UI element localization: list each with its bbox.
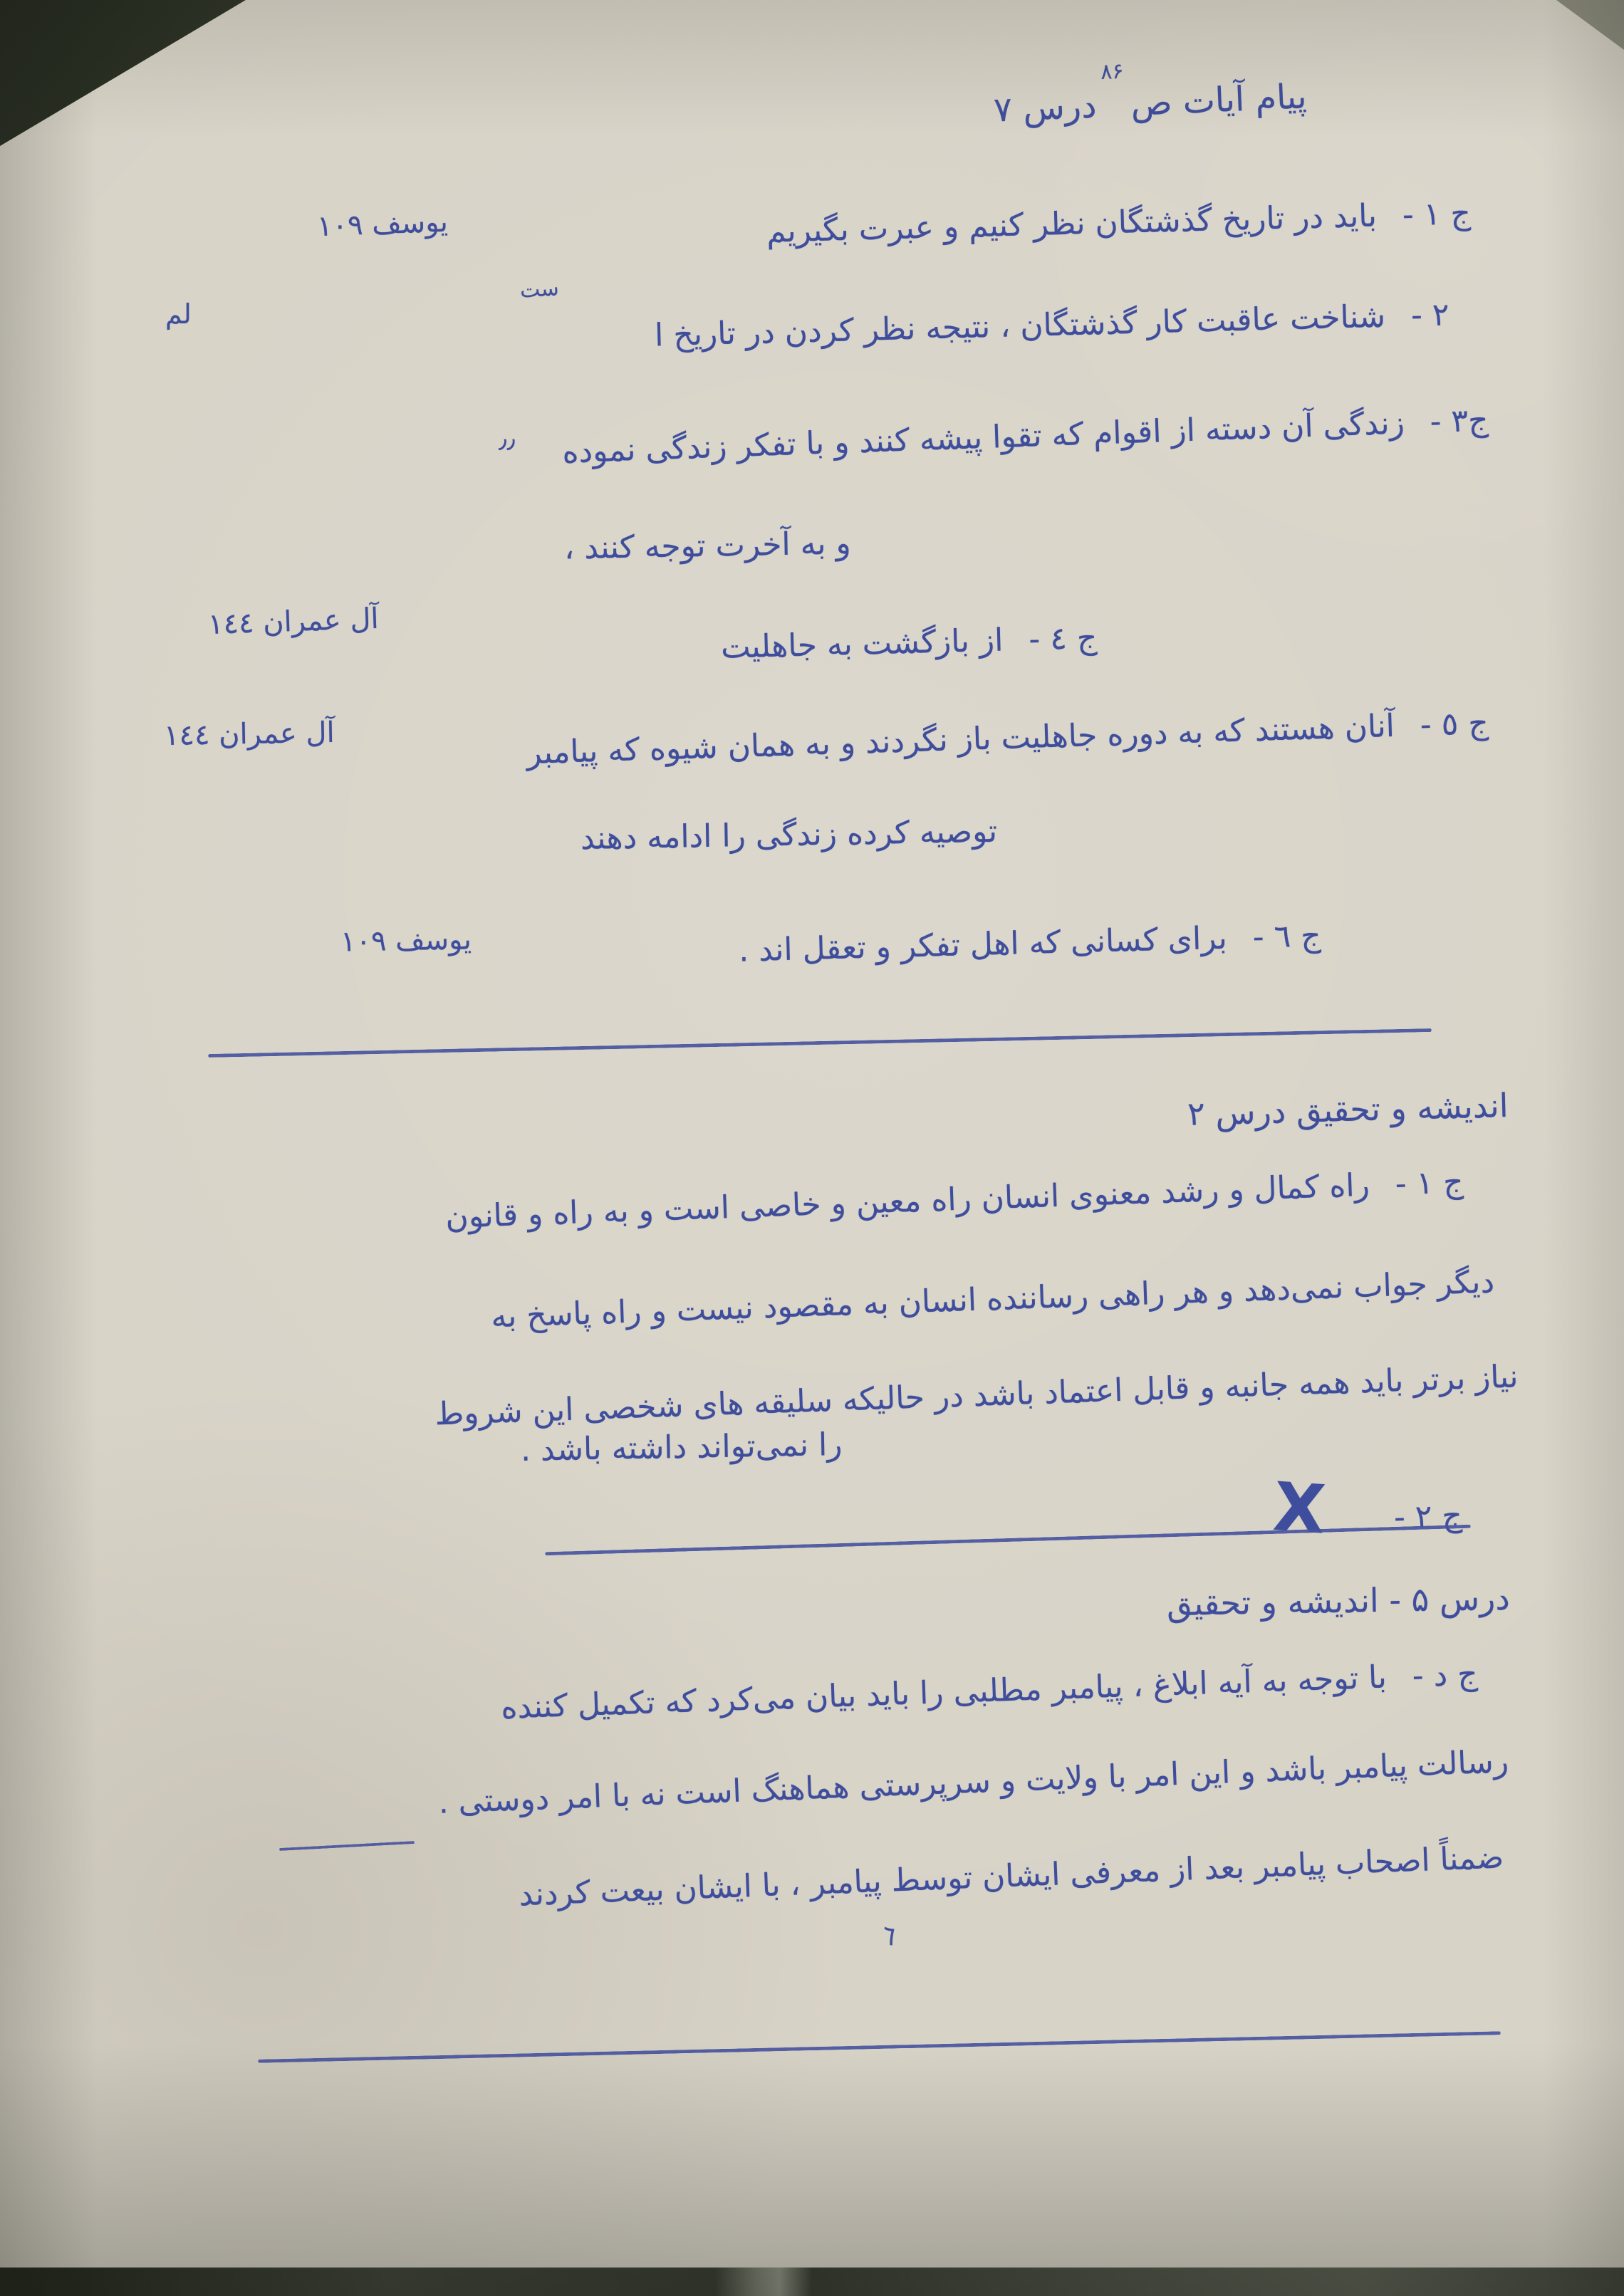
header-title: پیام آیات ص bbox=[1130, 76, 1308, 124]
answer-1-label: ج ۱ - bbox=[1402, 195, 1471, 233]
answer-4-line: ج ٤ -از بازگشت به جاهلیت bbox=[720, 620, 1097, 666]
answer-5-label: ج ٥ - bbox=[1420, 705, 1489, 743]
andisheh-answer-1-line-2: دیگر جواب نمی‌دهد و هر راهی رساننده انسا… bbox=[490, 1264, 1494, 1335]
answer-3-text-1: زندگی آن دسته از اقوام که تقوا پیشه کنند… bbox=[562, 405, 1405, 470]
andisheh-answer-1-label: ج ۱ - bbox=[1395, 1164, 1464, 1202]
header-page-number: ۸۶ bbox=[1100, 59, 1125, 85]
answer-2-text: شناخت عاقبت کار گذشتگان ، نتیجه نظر کردن… bbox=[655, 298, 1386, 354]
quran-reference-al-imran-144-a: آل عمران ۱٤٤ bbox=[207, 602, 379, 641]
hand-drawn-divider-1 bbox=[208, 1028, 1432, 1058]
header-lesson-number: درس ۷ bbox=[993, 85, 1097, 130]
andisheh-answer-1-line-3: نیاز برتر باید همه جانبه و قابل اعتماد ب… bbox=[434, 1359, 1519, 1433]
answer-1-line: ج ۱ -باید در تاریخ گذشتگان نظر کنیم و عب… bbox=[766, 196, 1472, 250]
answer-3-line-2: و به آخرت توجه کنند ، bbox=[564, 526, 852, 567]
answer-2-line: ۲ -شناخت عاقبت کار گذشتگان ، نتیجه نظر ک… bbox=[655, 297, 1450, 354]
lesson5-answer-d-label: ج د - bbox=[1412, 1656, 1479, 1694]
answer-1-text: باید در تاریخ گذشتگان نظر کنیم و عبرت بگ… bbox=[766, 198, 1378, 250]
quran-reference-yusuf-109-b: یوسف ۱۰۹ bbox=[340, 923, 472, 958]
quran-reference-yusuf-109: یوسف ۱۰۹ bbox=[316, 206, 448, 243]
photo-edge-shadow-bottom bbox=[0, 2268, 1624, 2296]
answer-5-line-2: توصیه کرده زندگی را ادامه دهند bbox=[581, 814, 998, 857]
margin-stray-note: لم bbox=[165, 299, 192, 330]
hand-drawn-divider-2 bbox=[545, 1525, 1471, 1556]
answer-3-line-1: ج۳ -زندگی آن دسته از اقوام که تقوا پیشه … bbox=[562, 402, 1489, 471]
andisheh-answer-1-line-4: را نمی‌تواند داشته باشد . bbox=[520, 1427, 842, 1468]
answer-5-text-1: آنان هستند که به دوره جاهلیت باز نگردند … bbox=[526, 708, 1395, 771]
answer-4-label: ج ٤ - bbox=[1028, 620, 1097, 657]
lesson5-answer-d-line-1: ج د -با توجه به آیه ابلاغ ، پیامبر مطلبی… bbox=[501, 1656, 1479, 1726]
notebook-page-photo: پیام آیات ص۸۶درس ۷ ج ۱ -باید در تاریخ گذ… bbox=[0, 0, 1624, 2296]
hand-drawn-underline-small bbox=[279, 1841, 415, 1851]
photo-corner-shadow-top-right bbox=[1546, 0, 1624, 57]
lesson5-answer-d-line-3: ضمناً اصحاب پیامبر بعد از معرفی ایشان تو… bbox=[519, 1840, 1504, 1914]
lesson5-answer-d-text-1: با توجه به آیه ابلاغ ، پیامبر مطلبی را ب… bbox=[501, 1659, 1388, 1726]
stray-pen-mark: ٦ bbox=[878, 1920, 899, 1952]
photo-corner-shadow-top-left bbox=[0, 0, 271, 164]
quran-reference-al-imran-144-b: آل عمران ۱٤٤ bbox=[164, 716, 335, 752]
answer-6-text: برای کسانی که اهل تفکر و تعقل اند . bbox=[739, 920, 1228, 969]
ditto-quote-mark: ٫٫ bbox=[499, 424, 515, 454]
answer-3-label: ج۳ - bbox=[1430, 402, 1489, 440]
answer-4-text: از بازگشت به جاهلیت bbox=[720, 622, 1004, 666]
andisheh-answer-2-label: ج ۲ - bbox=[1393, 1497, 1463, 1535]
answer-6-label: ج ٦ - bbox=[1252, 917, 1321, 955]
answer-6-line: ج ٦ -برای کسانی که اهل تفکر و تعقل اند . bbox=[739, 918, 1322, 969]
answer-2-insertion-above-line: ست bbox=[519, 276, 560, 303]
hand-drawn-divider-3 bbox=[258, 2031, 1501, 2063]
answer-2-label: ۲ - bbox=[1411, 296, 1450, 333]
page-header: پیام آیات ص۸۶درس ۷ bbox=[993, 77, 1308, 130]
andisheh-answer-1-line-1: ج ۱ -راه کمال و رشد معنوی انسان راه معین… bbox=[445, 1164, 1464, 1236]
andisheh-answer-1-text-1: راه کمال و رشد معنوی انسان راه معین و خا… bbox=[445, 1167, 1370, 1236]
answer-5-line-1: ج ٥ -آنان هستند که به دوره جاهلیت باز نگ… bbox=[526, 706, 1489, 772]
section-heading-lesson-5: درس ۵ - اندیشه و تحقیق bbox=[1167, 1580, 1511, 1623]
section-heading-andisheh-tahqiq: اندیشه و تحقیق درس ۲ bbox=[1187, 1087, 1509, 1133]
lesson5-answer-d-line-2: رسالت پیامبر باشد و این امر با ولایت و س… bbox=[437, 1744, 1509, 1821]
